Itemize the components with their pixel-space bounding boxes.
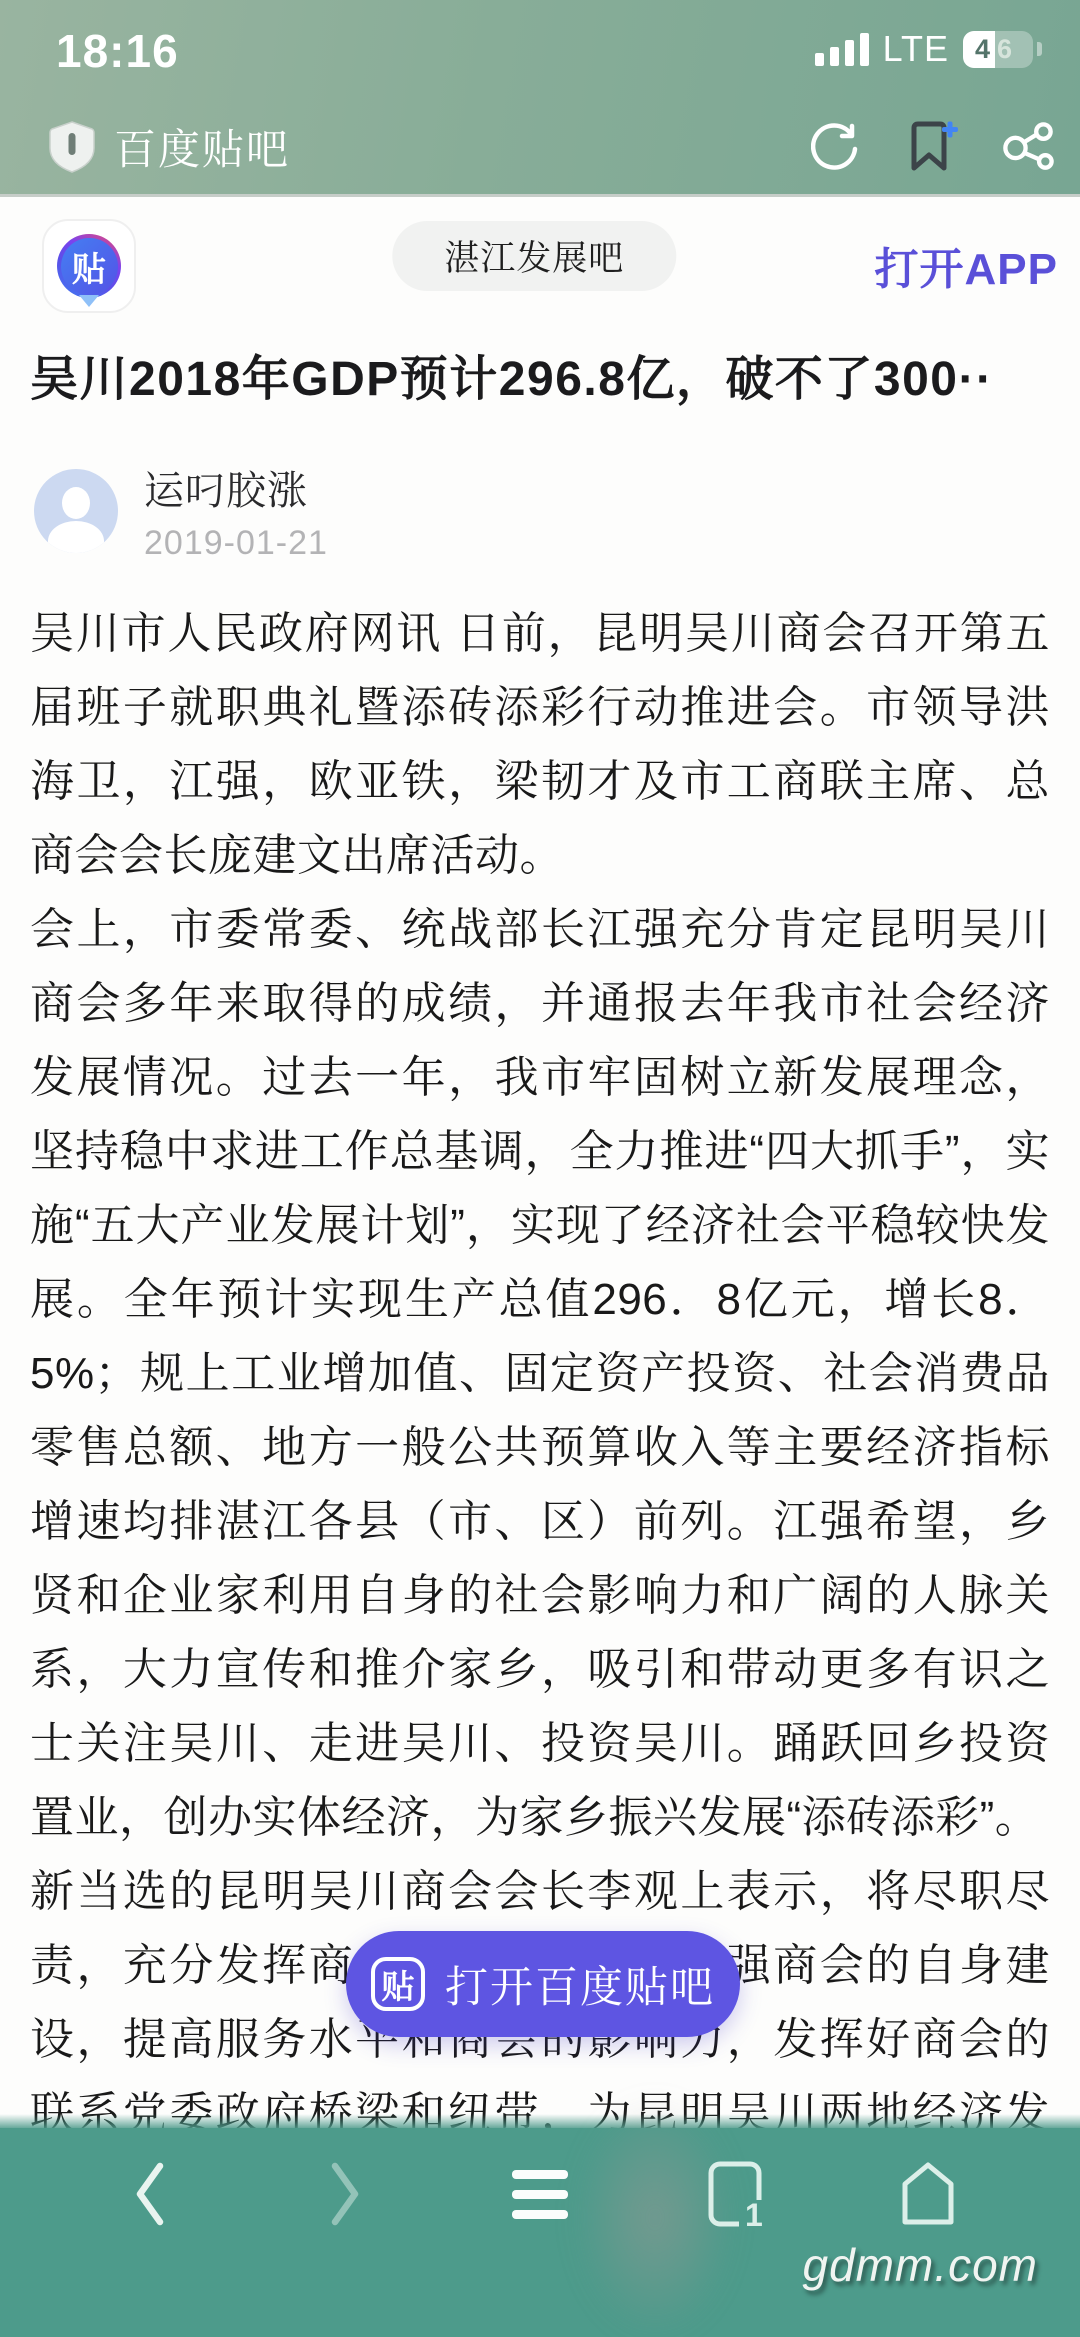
phone-screen: 18:16 LTE 4 6 百度贴吧: [0, 0, 1080, 2337]
clock: 18:16: [56, 24, 179, 78]
bottom-navigation-bar: 1 gdmm.com: [0, 2128, 1080, 2337]
author-name[interactable]: 运叼胶涨: [144, 459, 328, 516]
speech-bubble-tail: [79, 295, 99, 307]
refresh-icon[interactable]: [810, 119, 862, 175]
tieba-logo: 贴: [42, 219, 136, 313]
forward-icon[interactable]: [305, 2154, 385, 2234]
battery-nub: [1037, 42, 1042, 56]
battery-icon: 4 6: [963, 31, 1033, 68]
paragraph: 吴川市人民政府网讯 日前，昆明吴川商会召开第五届班子就职典礼暨添砖添彩行动推进会…: [30, 597, 1050, 893]
post-date: 2019-01-21: [144, 524, 328, 563]
home-icon[interactable]: [888, 2154, 968, 2234]
open-tieba-app-label: 打开百度贴吧: [445, 1954, 715, 2015]
post-body: 吴川市人民政府网讯 日前，昆明吴川商会召开第五届班子就职典礼暨添砖添彩行动推进会…: [30, 597, 1050, 2299]
author-row: 运叼胶涨 2019-01-21: [34, 459, 1080, 563]
open-tieba-app-button[interactable]: 贴 打开百度贴吧: [346, 1931, 740, 2037]
top-chrome: 18:16 LTE 4 6 百度贴吧: [0, 0, 1080, 197]
browser-toolbar: 百度贴吧: [0, 100, 1080, 194]
network-type-label: LTE: [883, 28, 949, 70]
tabs-icon[interactable]: 1: [695, 2154, 775, 2234]
status-bar: 18:16 LTE 4 6: [0, 0, 1080, 100]
paragraph: 会上，市委常委、统战部长江强充分肯定昆明吴川商会多年来取得的成绩，并通报去年我市…: [30, 893, 1050, 1855]
forum-name-pill[interactable]: 湛江发展吧: [392, 221, 676, 291]
tieba-app-icon: 贴: [371, 1957, 425, 2011]
menu-icon[interactable]: [500, 2154, 580, 2234]
tieba-logo-char: 贴: [61, 238, 118, 295]
tieba-header: 贴 湛江发展吧 打开APP: [0, 197, 1080, 331]
back-icon[interactable]: [110, 2154, 190, 2234]
watermark: gdmm.com: [803, 2238, 1038, 2292]
browser-actions: [810, 100, 1054, 194]
bookmark-add-icon[interactable]: [906, 119, 958, 175]
post-title: 吴川2018年GDP预计296.8亿，破不了300··: [30, 341, 1050, 419]
signal-strength-icon: [815, 32, 869, 66]
share-icon[interactable]: [1002, 119, 1054, 175]
address-bar[interactable]: 百度贴吧: [46, 117, 290, 177]
site-title: 百度贴吧: [114, 117, 290, 177]
status-indicators: LTE 4 6: [815, 28, 1042, 70]
avatar[interactable]: [34, 469, 118, 553]
tabs-count: 1: [745, 2197, 763, 2230]
security-shield-icon: [46, 119, 98, 175]
avatar-silhouette: [62, 487, 90, 519]
open-app-link[interactable]: 打开APP: [875, 233, 1058, 297]
